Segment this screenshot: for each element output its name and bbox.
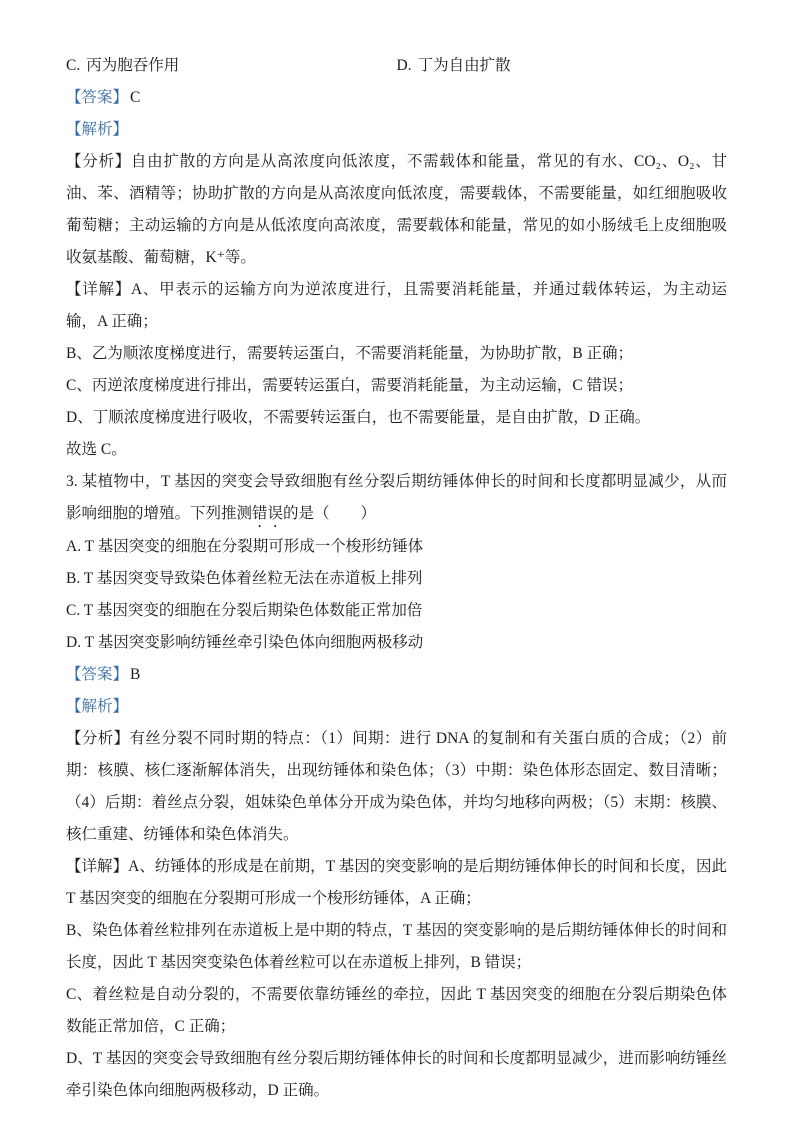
q2-option-d-label: D. [397,57,412,74]
q2-conclusion: 故选 C。 [66,434,727,466]
q2-options-row: C.丙为胞吞作用 D.丁为自由扩散 [66,50,727,82]
q3-analysis-label: 【解析】 [66,691,727,723]
q2-fenxi-paragraph: 【分析】自由扩散的方向是从高浓度向低浓度，不需载体和能量，常见的有水、CO₂、O… [66,146,727,274]
q2-answer-label: 【答案】 [66,89,128,106]
q3-detail-paragraph-d: D、T 基因的突变会导致细胞有丝分裂后期纺锤体伸长的时间和长度都明显减少，进而影… [66,1043,727,1107]
q2-option-c: C.丙为胞吞作用 [66,50,397,82]
q3-stem-post: 的是（ ） [283,505,376,522]
q3-stem: 3. 某植物中，T 基因的突变会导致细胞有丝分裂后期纺锤体伸长的时间和长度都明显… [66,466,727,531]
q3-stem-pre: 3. 某植物中，T 基因的突变会导致细胞有丝分裂后期纺锤体伸长的时间和长度都明显… [66,473,727,522]
q2-detail-paragraph-d: D、丁顺浓度梯度进行吸收，不需要转运蛋白，也不需要能量，是自由扩散，D 正确。 [66,402,727,434]
q3-detail-paragraph-a: 【详解】A、纺锤体的形成是在前期，T 基因的突变影响的是后期纺锤体伸长的时间和长… [66,851,727,915]
q2-detail-paragraph-a: 【详解】A、甲表示的运输方向为逆浓度进行，且需要消耗能量，并通过载体转运，为主动… [66,274,727,338]
q3-detail-paragraph-c: C、着丝粒是自动分裂的，不需要依靠纺锤丝的牵拉，因此 T 基因突变的细胞在分裂后… [66,979,727,1043]
q3-fenxi-paragraph: 【分析】有丝分裂不同时期的特点：（1）间期：进行 DNA 的复制和有关蛋白质的合… [66,723,727,851]
q3-detail-paragraph-b: B、染色体着丝粒排列在赤道板上是中期的特点，T 基因的突变影响的是后期纺锤体伸长… [66,915,727,979]
q2-option-d: D.丁为自由扩散 [397,50,728,82]
q3-answer-label: 【答案】 [66,666,128,683]
q3-stem-emphasized-word: 错误 [252,505,283,522]
q3-option-d: D. T 基因突变影响纺锤丝牵引染色体向细胞两极移动 [66,627,727,659]
q3-answer-value: B [130,666,140,683]
q2-answer-line: 【答案】C [66,82,727,114]
q3-option-a: A. T 基因突变的细胞在分裂期可形成一个梭形纺锤体 [66,531,727,563]
q2-answer-value: C [130,89,140,106]
q2-detail-paragraph-c: C、丙逆浓度梯度进行排出，需要转运蛋白，需要消耗能量，为主动运输，C 错误； [66,370,727,402]
q2-option-c-label: C. [66,57,80,74]
q2-analysis-label: 【解析】 [66,114,727,146]
q3-option-c: C. T 基因突变的细胞在分裂后期染色体数能正常加倍 [66,595,727,627]
q3-option-b: B. T 基因突变导致染色体着丝粒无法在赤道板上排列 [66,563,727,595]
q3-answer-line: 【答案】B [66,659,727,691]
q2-detail-paragraph-b: B、乙为顺浓度梯度进行，需要转运蛋白，不需要消耗能量，为协助扩散，B 正确； [66,338,727,370]
q2-option-c-text: 丙为胞吞作用 [86,57,179,74]
q2-option-d-text: 丁为自由扩散 [418,57,511,74]
document-page: C.丙为胞吞作用 D.丁为自由扩散 【答案】C 【解析】 【分析】自由扩散的方向… [0,0,793,1122]
